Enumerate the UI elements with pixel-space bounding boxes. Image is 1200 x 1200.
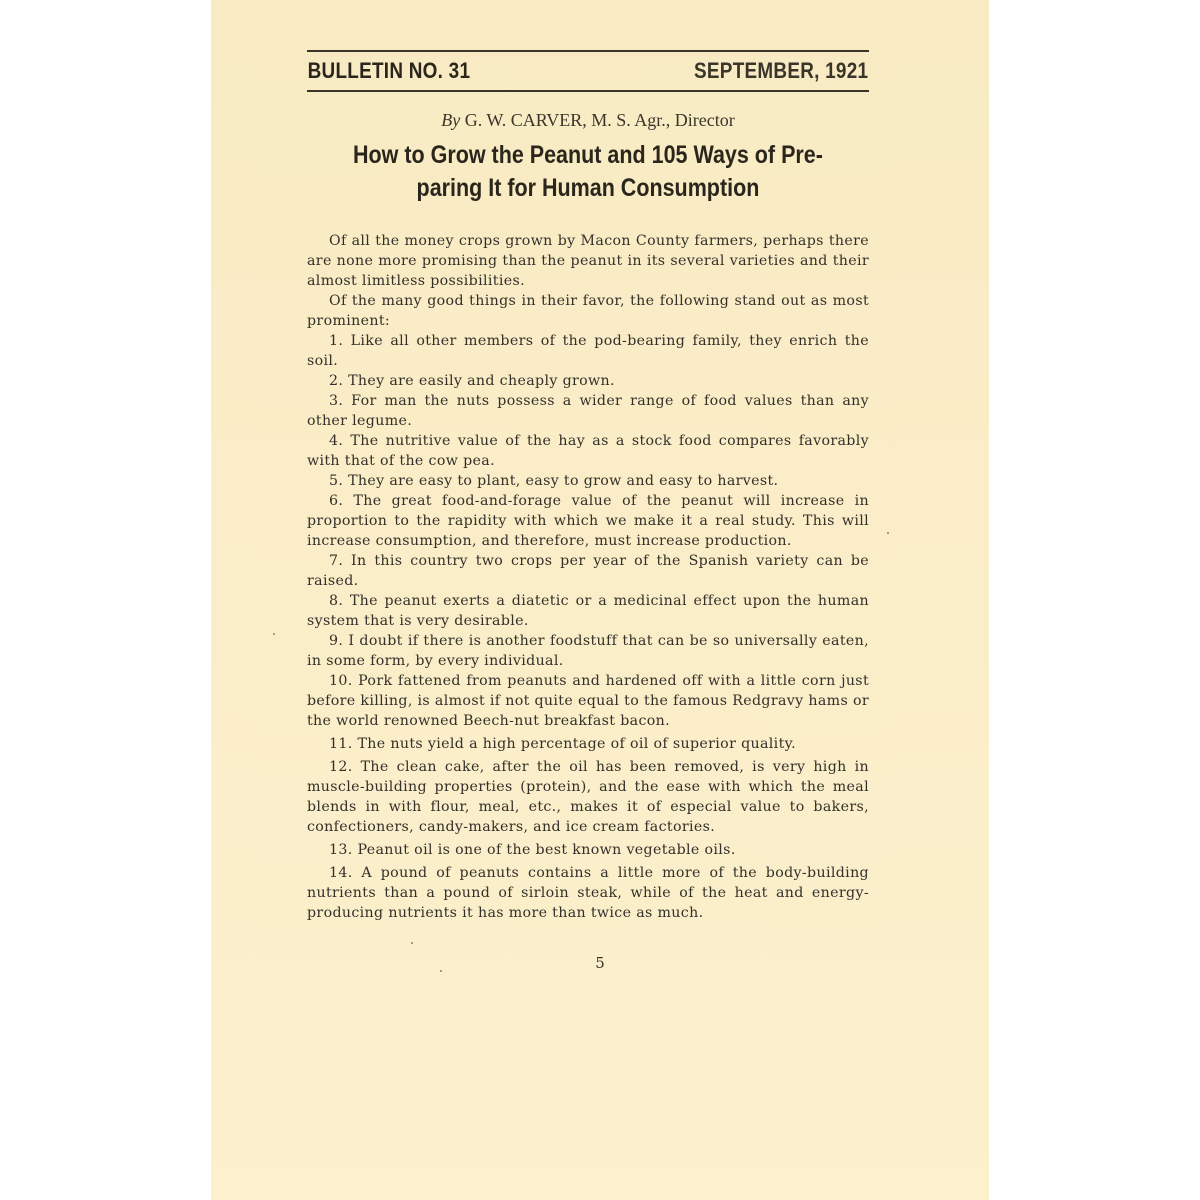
scan-speck bbox=[440, 970, 442, 972]
page-content: BULLETIN NO. 31 SEPTEMBER, 1921 By G. W.… bbox=[307, 50, 869, 923]
list-item: 7. In this country two crops per year of… bbox=[307, 551, 869, 591]
title-line-2: paring It for Human Consumption bbox=[308, 172, 869, 205]
list-item: 11. The nuts yield a high percentage of … bbox=[307, 734, 869, 754]
scan-speck bbox=[411, 942, 413, 944]
running-header: BULLETIN NO. 31 SEPTEMBER, 1921 bbox=[308, 52, 869, 90]
list-item: 5. They are easy to plant, easy to grow … bbox=[307, 471, 869, 491]
list-item: 10. Pork fattened from peanuts and harde… bbox=[307, 671, 869, 731]
list-item: 8. The peanut exerts a diatetic or a med… bbox=[307, 591, 869, 631]
lead-in-paragraph: Of the many good things in their favor, … bbox=[307, 291, 869, 331]
byline-author: G. W. CARVER, M. S. Agr., Director bbox=[465, 110, 735, 130]
list-item: 4. The nutritive value of the hay as a s… bbox=[307, 431, 869, 471]
title-line-1: How to Grow the Peanut and 105 Ways of P… bbox=[308, 139, 869, 172]
list-item: 6. The great food-and-forage value of th… bbox=[307, 491, 869, 551]
page-number: 5 bbox=[211, 954, 989, 972]
list-item: 12. The clean cake, after the oil has be… bbox=[307, 757, 869, 837]
bulletin-date: SEPTEMBER, 1921 bbox=[694, 58, 868, 84]
intro-paragraph: Of all the money crops grown by Macon Co… bbox=[307, 231, 869, 291]
article-title: How to Grow the Peanut and 105 Ways of P… bbox=[308, 139, 869, 205]
scanned-page: BULLETIN NO. 31 SEPTEMBER, 1921 By G. W.… bbox=[211, 0, 989, 1200]
list-item: 1. Like all other members of the pod-bea… bbox=[307, 331, 869, 371]
list-item: 3. For man the nuts possess a wider rang… bbox=[307, 391, 869, 431]
list-item: 9. I doubt if there is another foodstuff… bbox=[307, 631, 869, 671]
list-item: 14. A pound of peanuts contains a little… bbox=[307, 863, 869, 923]
scan-speck bbox=[887, 532, 889, 534]
list-item: 2. They are easily and cheaply grown. bbox=[307, 371, 869, 391]
scan-speck bbox=[273, 633, 275, 635]
bulletin-number: BULLETIN NO. 31 bbox=[308, 58, 471, 84]
list-item: 13. Peanut oil is one of the best known … bbox=[307, 840, 869, 860]
article-body: Of all the money crops grown by Macon Co… bbox=[307, 231, 869, 923]
byline-prefix: By bbox=[441, 110, 460, 130]
header-bottom-rule bbox=[307, 90, 869, 92]
byline: By G. W. CARVER, M. S. Agr., Director bbox=[307, 110, 869, 131]
